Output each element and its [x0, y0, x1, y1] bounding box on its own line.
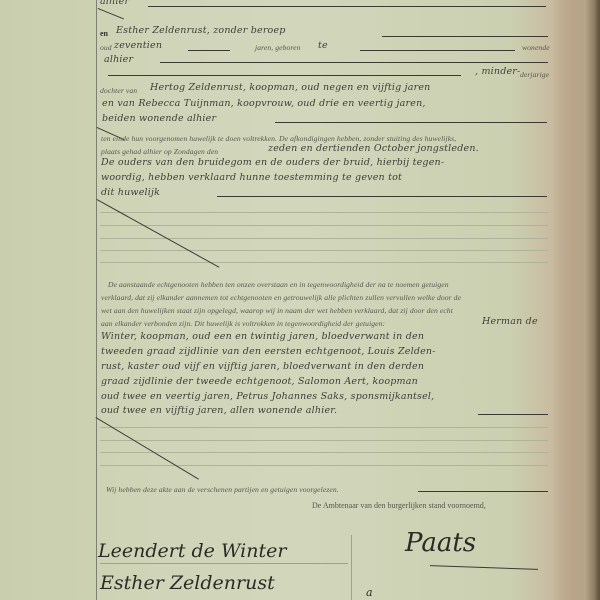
declaration-printed-4: aan elkander verbonden zijn. Dit huwelij… — [101, 319, 385, 328]
en-label: en — [100, 29, 108, 38]
left-margin — [0, 0, 96, 600]
age-suffix: jaren, geboren — [255, 43, 301, 52]
witness-hand-0: Herman de — [482, 316, 538, 327]
signature-underline — [430, 565, 538, 570]
proclamation-hand-3: woordig, hebben verklaard hunne toestemm… — [101, 172, 402, 183]
underline — [148, 6, 546, 7]
witness-hand-4: graad zijdlinie der tweede echtgenoot, S… — [101, 376, 418, 387]
read-statement: Wij hebben deze akte aan de verschenen p… — [106, 485, 339, 494]
bride-birthplace: te — [318, 40, 328, 51]
proclamation-hand-2: De ouders van den bruidegom en de ouders… — [101, 157, 444, 168]
signature-divider — [351, 535, 352, 600]
witness-hand-5: oud twee en veertig jaren, Petrus Johann… — [101, 391, 434, 402]
witness-hand-3: rust, kaster oud vijf en vijftig jaren, … — [101, 361, 424, 372]
book-binding-edge — [552, 0, 600, 600]
witness-hand-2: tweeden graad zijdlinie van den eersten … — [101, 346, 436, 357]
underline — [275, 122, 547, 123]
cancel-stroke — [98, 8, 124, 19]
proclamation-hand-1: zeden en dertienden October jongstleden. — [268, 143, 479, 154]
age-prefix: oud — [100, 43, 112, 52]
underline — [188, 50, 230, 51]
declaration-printed-3: wet aan den huwelijken staat zijn opgele… — [101, 306, 453, 315]
margin-rule — [96, 0, 97, 600]
underline — [160, 62, 548, 63]
parents-line-2: en van Rebecca Tuijnman, koopvrouw, oud … — [102, 98, 426, 109]
proclamation-printed-2: plaats gehad alhier op Zondagen den — [101, 147, 218, 156]
underline — [418, 491, 548, 492]
top-hand-fragment: alhier — [100, 0, 129, 7]
witness-hand-1: Winter, koopman, oud een en twintig jare… — [101, 331, 424, 342]
parents-line-1: Hertog Zeldenrust, koopman, oud negen en… — [150, 82, 430, 93]
bride-name: Esther Zeldenrust, zonder beroep — [116, 25, 286, 36]
signature-groom: Leendert de Winter — [98, 540, 286, 562]
minor-label: derjarige — [520, 70, 549, 79]
declaration-printed-2: verklaard, dat zij elkander aannemen tot… — [101, 293, 461, 302]
minor-hand: , minder- — [475, 66, 520, 77]
residence-label: wonende — [522, 43, 550, 52]
underline — [108, 75, 461, 76]
underline — [382, 36, 548, 37]
bride-residence: alhier — [104, 54, 133, 65]
proclamation-printed-1: ten einde hun voorgenomen huwelijk te do… — [101, 134, 456, 143]
cancel-stroke-large — [97, 199, 220, 268]
parents-line-3: beiden wonende alhier — [102, 113, 216, 124]
underline — [217, 196, 547, 197]
register-page: alhier en Esther Zeldenrust, zonder bero… — [0, 0, 600, 600]
declaration-printed-1: De aanstaande echtgenooten hebben ten on… — [108, 280, 449, 289]
witness-hand-6: oud twee en vijftig jaren, allen wonende… — [101, 405, 337, 416]
signature-fragment: a — [366, 586, 373, 599]
daughter-label: dochter van — [100, 86, 137, 95]
official-title: De Ambtenaar van den burgerlijken stand … — [312, 501, 486, 510]
underline — [478, 414, 548, 415]
signature-bride: Esther Zeldenrust — [100, 572, 275, 594]
bride-age: zeventien — [114, 40, 162, 51]
proclamation-hand-4: dit huwelijk — [101, 187, 160, 198]
signature-official: Paats — [405, 528, 476, 558]
underline — [360, 50, 515, 51]
